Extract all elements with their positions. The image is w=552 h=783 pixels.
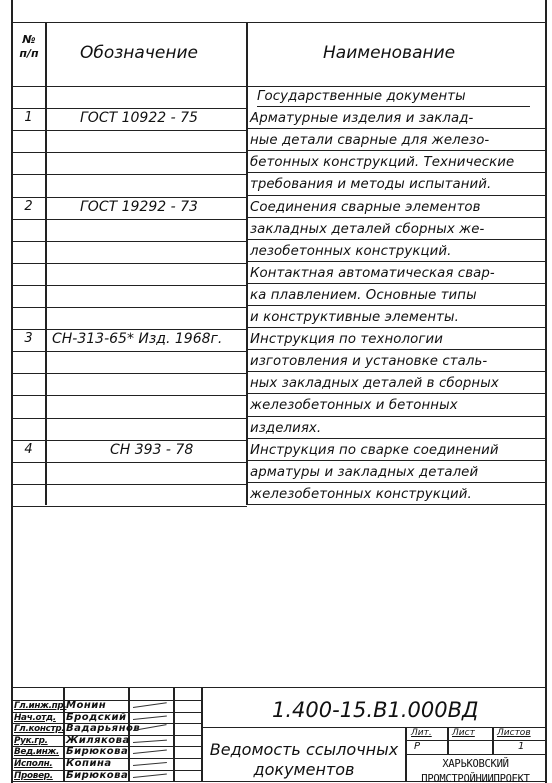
signature-name: Бродский: [66, 712, 126, 723]
sheets-value: 1: [518, 741, 524, 752]
row-name-line: ка плавлением. Основные типы: [250, 288, 477, 303]
row-separator: [11, 241, 247, 242]
row-name-line: изделиях.: [250, 421, 321, 436]
name-underline: [247, 195, 545, 196]
organization-name: ХАРЬКОВСКИЙ ПРОМСТРОЙНИИПРОЕКТ: [405, 757, 546, 783]
row-separator: [11, 152, 247, 153]
row-separator: [11, 174, 247, 175]
header-number: № п/п: [13, 33, 45, 61]
document-code: 1.400-15.В1.000ВД: [272, 698, 478, 722]
document-title-line1: Ведомость ссылочных: [206, 740, 402, 760]
signature-role: Исполн.: [14, 759, 52, 769]
name-underline: [257, 106, 530, 107]
row-separator: [11, 373, 247, 374]
handwritten-signature: [133, 702, 167, 708]
row-separator: [11, 484, 247, 485]
row-name-line: ные детали сварные для железо-: [250, 133, 489, 148]
name-underline: [247, 128, 545, 129]
name-underline: [247, 393, 545, 394]
stage-value: Р: [414, 741, 420, 752]
row-name-line: Арматурные изделия и заклад-: [250, 111, 473, 126]
handwritten-signature: [133, 762, 167, 766]
row-name-line: арматуры и закладных деталей: [250, 465, 478, 480]
row-separator: [11, 329, 247, 330]
row-name-line: ных закладных деталей в сборных: [250, 376, 499, 391]
name-underline: [247, 261, 545, 262]
row-name-line: изготовления и установке сталь-: [250, 354, 487, 369]
row-name-line: железобетонных и бетонных: [250, 398, 458, 413]
header-bottom-line: [11, 86, 547, 87]
row-separator: [11, 130, 247, 131]
row-name-line: Контактная автоматическая свар-: [250, 266, 495, 281]
signature-name: Монин: [66, 700, 106, 711]
signature-role: Гл.инж.пр.: [14, 701, 66, 711]
row-name-line: и конструктивные элементы.: [250, 310, 459, 325]
row-separator: [11, 263, 247, 264]
signature-role: Нач.отд.: [14, 713, 56, 723]
name-underline: [247, 239, 545, 240]
row-number: 1: [12, 110, 45, 125]
name-underline: [247, 460, 545, 461]
header-number-top: №: [13, 33, 45, 47]
title-block-top-line: [11, 687, 547, 688]
sheet-header: Лист: [452, 728, 475, 738]
row-separator: [11, 285, 247, 286]
signature-role: Вед.инж.: [14, 747, 59, 757]
row-number: 4: [12, 442, 45, 457]
row-name-line: железобетонных конструкций.: [250, 487, 472, 502]
name-underline: [247, 283, 545, 284]
table-top-border: [11, 22, 547, 23]
stage-header: Лит.: [411, 728, 432, 738]
row-designation: ГОСТ 10922 - 75: [80, 110, 198, 126]
handwritten-signature: [133, 739, 167, 742]
row-name-line: бетонных конструкций. Технические: [250, 155, 514, 170]
document-title-line2: документов: [206, 760, 402, 780]
row-name-line: Инструкция по технологии: [250, 332, 443, 347]
tb-meta-value-line: [405, 754, 546, 755]
row-designation: СН-313-65* Изд. 1968г.: [52, 331, 222, 347]
row-number: 2: [12, 199, 45, 214]
row-designation: СН 393 - 78: [110, 442, 193, 458]
header-designation: Обозначение: [80, 43, 198, 63]
row-designation: ГОСТ 19292 - 73: [80, 199, 198, 215]
row-separator: [11, 108, 247, 109]
header-number-bottom: п/п: [13, 47, 45, 61]
tb-code-bottom-line: [201, 727, 546, 728]
name-underline: [247, 416, 545, 417]
row-name-line: Соединения сварные элементов: [250, 200, 481, 215]
signature-role: Гл.констр.: [14, 724, 64, 734]
row-separator: [11, 307, 247, 308]
name-underline: [247, 504, 545, 505]
signature-name: Бирюкова: [66, 746, 128, 757]
signature-name: Бирюкова: [66, 770, 128, 781]
signature-name: Копина: [66, 758, 112, 769]
row-separator: [11, 197, 247, 198]
handwritten-signature: [133, 773, 167, 778]
frame-right-border: [545, 0, 547, 783]
tb-col-date: [201, 687, 203, 782]
row-name-line: закладных деталей сборных же-: [250, 222, 484, 237]
name-underline: [247, 217, 545, 218]
row-separator: [11, 351, 247, 352]
row-name-line: лезобетонных конструкций.: [250, 244, 451, 259]
signature-name: Вадарьянов: [66, 723, 140, 734]
tb-meta-header-line: [405, 740, 546, 741]
signature-name: Жилякова: [66, 735, 130, 746]
name-underline: [247, 150, 545, 151]
name-underline: [247, 327, 545, 328]
name-underline: [247, 482, 545, 483]
signature-role: Рук.гр.: [14, 736, 48, 746]
row-name-line: требования и методы испытаний.: [250, 177, 491, 192]
document-title: Ведомость ссылочных документов: [206, 740, 402, 780]
row-separator: [11, 440, 247, 441]
sheets-header: Листов: [497, 728, 531, 738]
signature-row-line: [11, 781, 201, 782]
name-underline: [247, 305, 545, 306]
name-underline: [247, 349, 545, 350]
organization-line1: ХАРЬКОВСКИЙ: [405, 757, 546, 772]
row-separator: [11, 506, 247, 507]
header-name: Наименование: [323, 43, 455, 63]
row-separator: [11, 219, 247, 220]
section-title: Государственные документы: [257, 89, 466, 104]
row-name-line: Инструкция по сварке соединений: [250, 443, 499, 458]
row-number: 3: [12, 331, 45, 346]
handwritten-signature: [133, 750, 167, 755]
name-underline: [247, 438, 545, 439]
handwritten-signature: [133, 715, 167, 720]
organization-line2: ПРОМСТРОЙНИИПРОЕКТ: [405, 772, 546, 783]
name-underline: [247, 371, 545, 372]
row-separator: [11, 418, 247, 419]
row-separator: [11, 395, 247, 396]
row-separator: [11, 462, 247, 463]
signature-role: Провер.: [14, 771, 53, 781]
name-underline: [247, 172, 545, 173]
